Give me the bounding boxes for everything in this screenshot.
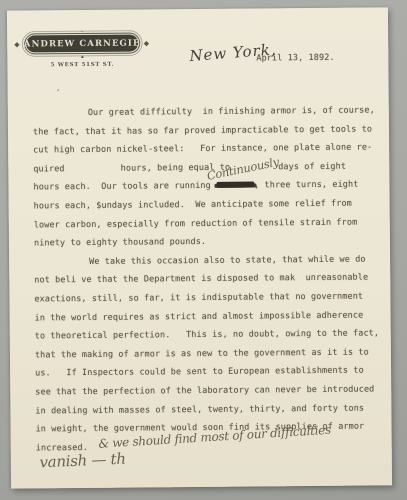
photo-background: ANDREW CARNEGIE 5 WEST 51ST ST. New York…: [0, 0, 407, 500]
typed-text: days of eight: [278, 161, 346, 172]
letter-line: vanish — th: [36, 451, 388, 473]
letter-line: lower carbon, especially from reduction …: [34, 209, 386, 231]
letterhead: ANDREW CARNEGIE 5 WEST 51ST ST.: [20, 29, 144, 68]
letter-line: see that the perfection of the laborator…: [35, 376, 387, 398]
stray-mark: ’: [56, 88, 61, 97]
letterhead-address: 5 WEST 51ST ST.: [20, 61, 144, 68]
handwritten-note: vanish — th: [39, 450, 126, 472]
typed-date: April 13, 1892.: [256, 53, 334, 64]
letter-line: Our great difficulty in finishing armor …: [33, 97, 385, 119]
struck-out-word: Continuously: [216, 182, 254, 188]
letter-body: Our great difficulty in finishing armor …: [33, 97, 388, 472]
typed-text: , three turns, eight: [254, 180, 358, 191]
letterhead-name: ANDREW CARNEGIE: [26, 35, 138, 53]
typed-text: quired: [33, 164, 64, 174]
letter-paper: ANDREW CARNEGIE 5 WEST 51ST ST. New York…: [7, 7, 392, 488]
letter-line: hours each, $undays included. We anticip…: [34, 190, 386, 212]
typed-text: ninety to eighty thousand pounds.: [34, 237, 206, 249]
letter-line: exactions, still, so far, it is indisput…: [34, 283, 386, 305]
letterhead-ornament-bottom: [20, 53, 144, 59]
